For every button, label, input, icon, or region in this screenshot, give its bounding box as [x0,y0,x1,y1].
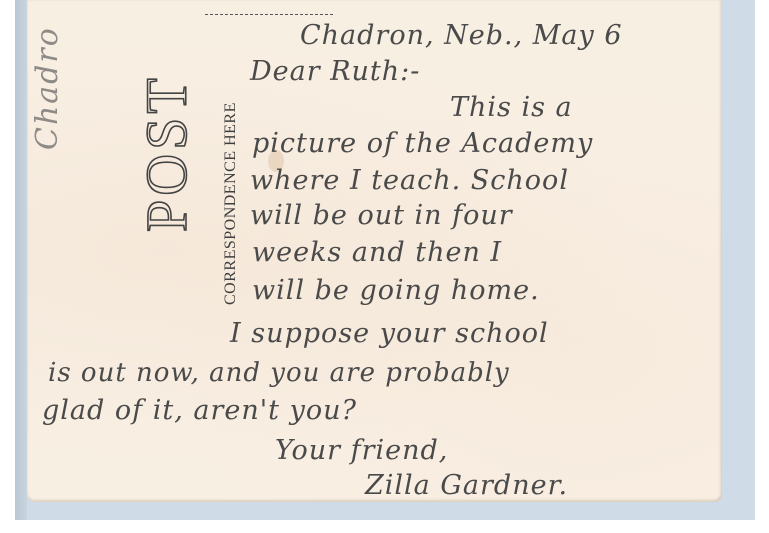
letter-line: glad of it, aren't you? [42,395,357,426]
printed-divider-line [205,14,333,15]
post-card-title: POST [138,74,196,232]
letter-dateline: Chadron, Neb., May 6 [300,20,623,51]
letter-signature: Zilla Gardner. [365,470,568,501]
letter-line: is out now, and you are probably [48,358,510,388]
card-edge-shadow [15,0,27,520]
letter-line: I suppose your school [230,318,549,349]
letter-line: where I teach. School [250,165,569,196]
letter-closing: Your friend, [275,435,448,466]
letter-line: will be going home. [252,275,540,306]
letter-line: picture of the Academy [252,128,593,159]
letter-line: This is a [450,92,573,123]
pencil-note: Chadro [30,26,65,150]
letter-line: will be out in four [250,200,513,231]
letter-salutation: Dear Ruth:- [250,56,420,87]
correspondence-label: CORRESPONDENCE HERE [222,102,240,305]
letter-line: weeks and then I [252,237,502,268]
